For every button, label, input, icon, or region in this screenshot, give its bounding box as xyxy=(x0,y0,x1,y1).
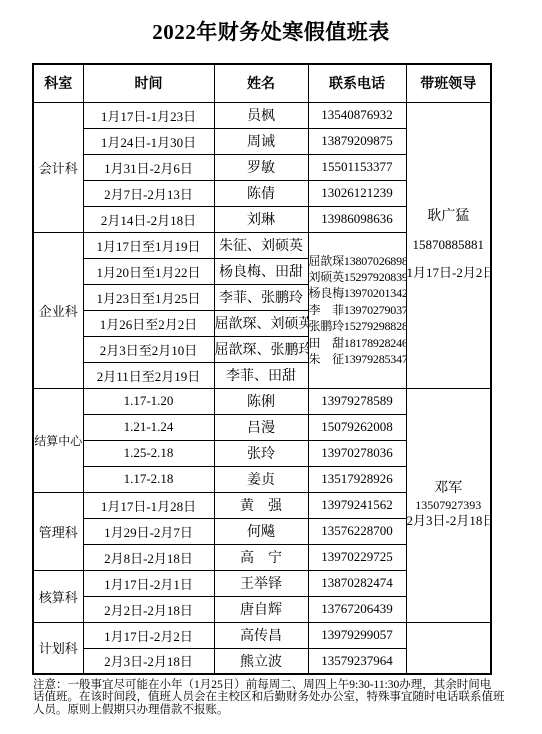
header-name: 姓名 xyxy=(214,64,308,102)
phone-cell: 13517928926 xyxy=(308,466,406,492)
table-row: 结算中心 1.17-1.20 陈俐 13979278589 邓军 1350792… xyxy=(33,388,491,414)
time-cell: 1月17日-1月23日 xyxy=(83,102,214,128)
name-cell: 熊立波 xyxy=(214,648,308,674)
time-cell: 2月3日-2月18日 xyxy=(83,648,214,674)
leader-phone: 13507927393 xyxy=(407,497,491,513)
page-title: 2022年财务处寒假值班表 xyxy=(0,0,542,46)
leader-name: 邓军 xyxy=(407,481,491,497)
time-cell: 2月3日至2月10日 xyxy=(83,336,214,362)
name-cell: 罗敏 xyxy=(214,154,308,180)
name-cell: 刘琳 xyxy=(214,206,308,232)
time-cell: 2月11日至2月19日 xyxy=(83,362,214,388)
phone-line: 田 甜18178928246 xyxy=(309,335,406,351)
time-cell: 1月23日至1月25日 xyxy=(83,284,214,310)
dept-cell-qiyeke: 企业科 xyxy=(33,232,83,388)
name-cell: 周诫 xyxy=(214,128,308,154)
phone-cell: 13979278589 xyxy=(308,388,406,414)
name-cell: 何飚 xyxy=(214,518,308,544)
phone-line: 李 菲13970279037 xyxy=(309,302,406,318)
leader-cell-1: 耿广猛 15870885881 1月17日-2月2日 xyxy=(406,102,491,388)
name-cell: 张玲 xyxy=(214,440,308,466)
phone-line: 张鹏玲15279298828 xyxy=(309,318,406,334)
dept-cell-guanlike: 管理科 xyxy=(33,492,83,570)
name-cell: 员枫 xyxy=(214,102,308,128)
name-cell: 李菲、张鹏玲 xyxy=(214,284,308,310)
phone-cell: 13540876932 xyxy=(308,102,406,128)
name-cell: 陈俐 xyxy=(214,388,308,414)
time-cell: 2月8日-2月18日 xyxy=(83,544,214,570)
header-phone: 联系电话 xyxy=(308,64,406,102)
name-cell: 陈倩 xyxy=(214,180,308,206)
name-cell: 李菲、田甜 xyxy=(214,362,308,388)
phone-cell: 13970229725 xyxy=(308,544,406,570)
phone-line: 朱 征13979285347 xyxy=(309,351,406,367)
name-cell: 王举铎 xyxy=(214,570,308,596)
leader-period: 1月17日-2月2日 xyxy=(407,259,491,287)
leader-name: 耿广猛 xyxy=(407,203,491,231)
name-cell: 吕漫 xyxy=(214,414,308,440)
phone-cell: 13986098636 xyxy=(308,206,406,232)
table-header-row: 科室 时间 姓名 联系电话 带班领导 xyxy=(33,64,491,102)
name-cell: 黄 强 xyxy=(214,492,308,518)
duty-table: 科室 时间 姓名 联系电话 带班领导 会计科 1月17日-1月23日 员枫 13… xyxy=(32,63,492,675)
name-cell: 姜贞 xyxy=(214,466,308,492)
leader-cell-2: 邓军 13507927393 2月3日-2月18日 xyxy=(406,388,491,622)
name-cell: 屈歆琛、刘硕英 xyxy=(214,310,308,336)
time-cell: 1.25-2.18 xyxy=(83,440,214,466)
time-cell: 1.21-1.24 xyxy=(83,414,214,440)
leader-phone: 15870885881 xyxy=(407,231,491,259)
dept-cell-jiesuanzhongxin: 结算中心 xyxy=(33,388,83,492)
phone-line: 刘硕英15297920839 xyxy=(309,269,406,285)
header-time: 时间 xyxy=(83,64,214,102)
name-cell: 屈歆琛、张鹏玲 xyxy=(214,336,308,362)
name-cell: 杨良梅、田甜 xyxy=(214,258,308,284)
phone-cell: 13879209875 xyxy=(308,128,406,154)
header-dept: 科室 xyxy=(33,64,83,102)
phone-cell: 13579237964 xyxy=(308,648,406,674)
table-row: 计划科 1月17日-2月2日 高传昌 13979299057 xyxy=(33,622,491,648)
time-cell: 2月7日-2月13日 xyxy=(83,180,214,206)
footnote-line: 注意：一般事宜尽可能在小年（1月25日）前每周二、周四上午9:30-11:30办… xyxy=(33,679,525,691)
phone-cell: 15501153377 xyxy=(308,154,406,180)
time-cell: 1月24日-1月30日 xyxy=(83,128,214,154)
name-cell: 高传昌 xyxy=(214,622,308,648)
phone-cell: 15079262008 xyxy=(308,414,406,440)
time-cell: 1月26日至2月2日 xyxy=(83,310,214,336)
footnote-line: 话值班。在该时间段，值班人员会在主校区和后勤财务处办公室，特殊事宜随时电话联系值… xyxy=(33,691,525,703)
phone-cell: 13970278036 xyxy=(308,440,406,466)
time-cell: 2月2日-2月18日 xyxy=(83,596,214,622)
time-cell: 1月31日-2月6日 xyxy=(83,154,214,180)
phone-cell: 13979299057 xyxy=(308,622,406,648)
phone-cell: 13767206439 xyxy=(308,596,406,622)
time-cell: 1月17日-2月2日 xyxy=(83,622,214,648)
time-cell: 1.17-1.20 xyxy=(83,388,214,414)
time-cell: 1月20日至1月22日 xyxy=(83,258,214,284)
phone-cell: 13979241562 xyxy=(308,492,406,518)
dept-cell-kuaijike: 会计科 xyxy=(33,102,83,232)
phone-cell: 13026121239 xyxy=(308,180,406,206)
phone-block-cell: 屈歆琛13807026898 刘硕英15297920839 杨良梅1397020… xyxy=(308,232,406,388)
time-cell: 2月14日-2月18日 xyxy=(83,206,214,232)
time-cell: 1月17日-2月1日 xyxy=(83,570,214,596)
footnote: 注意：一般事宜尽可能在小年（1月25日）前每周二、周四上午9:30-11:30办… xyxy=(33,679,525,716)
table-row: 会计科 1月17日-1月23日 员枫 13540876932 耿广猛 15870… xyxy=(33,102,491,128)
name-cell: 高 宁 xyxy=(214,544,308,570)
phone-line: 杨良梅13970201342 xyxy=(309,285,406,301)
name-cell: 唐自辉 xyxy=(214,596,308,622)
phone-cell: 13870282474 xyxy=(308,570,406,596)
header-leader: 带班领导 xyxy=(406,64,491,102)
time-cell: 1月29日-2月7日 xyxy=(83,518,214,544)
page: { "title": "2022年财务处寒假值班表", "table": { "… xyxy=(0,0,542,734)
name-cell: 朱征、刘硕英 xyxy=(214,232,308,258)
time-cell: 1月17日至1月19日 xyxy=(83,232,214,258)
dept-cell-jihuake: 计划科 xyxy=(33,622,83,674)
time-cell: 1.17-2.18 xyxy=(83,466,214,492)
table-row: 2月3日-2月18日 熊立波 13579237964 xyxy=(33,648,491,674)
dept-cell-hesuanke: 核算科 xyxy=(33,570,83,622)
phone-cell: 13576228700 xyxy=(308,518,406,544)
footnote-line: 人员。原则上假期只办理借款不报账。 xyxy=(33,704,525,716)
phone-line: 屈歆琛13807026898 xyxy=(309,253,406,269)
time-cell: 1月17日-1月28日 xyxy=(83,492,214,518)
leader-period: 2月3日-2月18日 xyxy=(407,513,491,529)
